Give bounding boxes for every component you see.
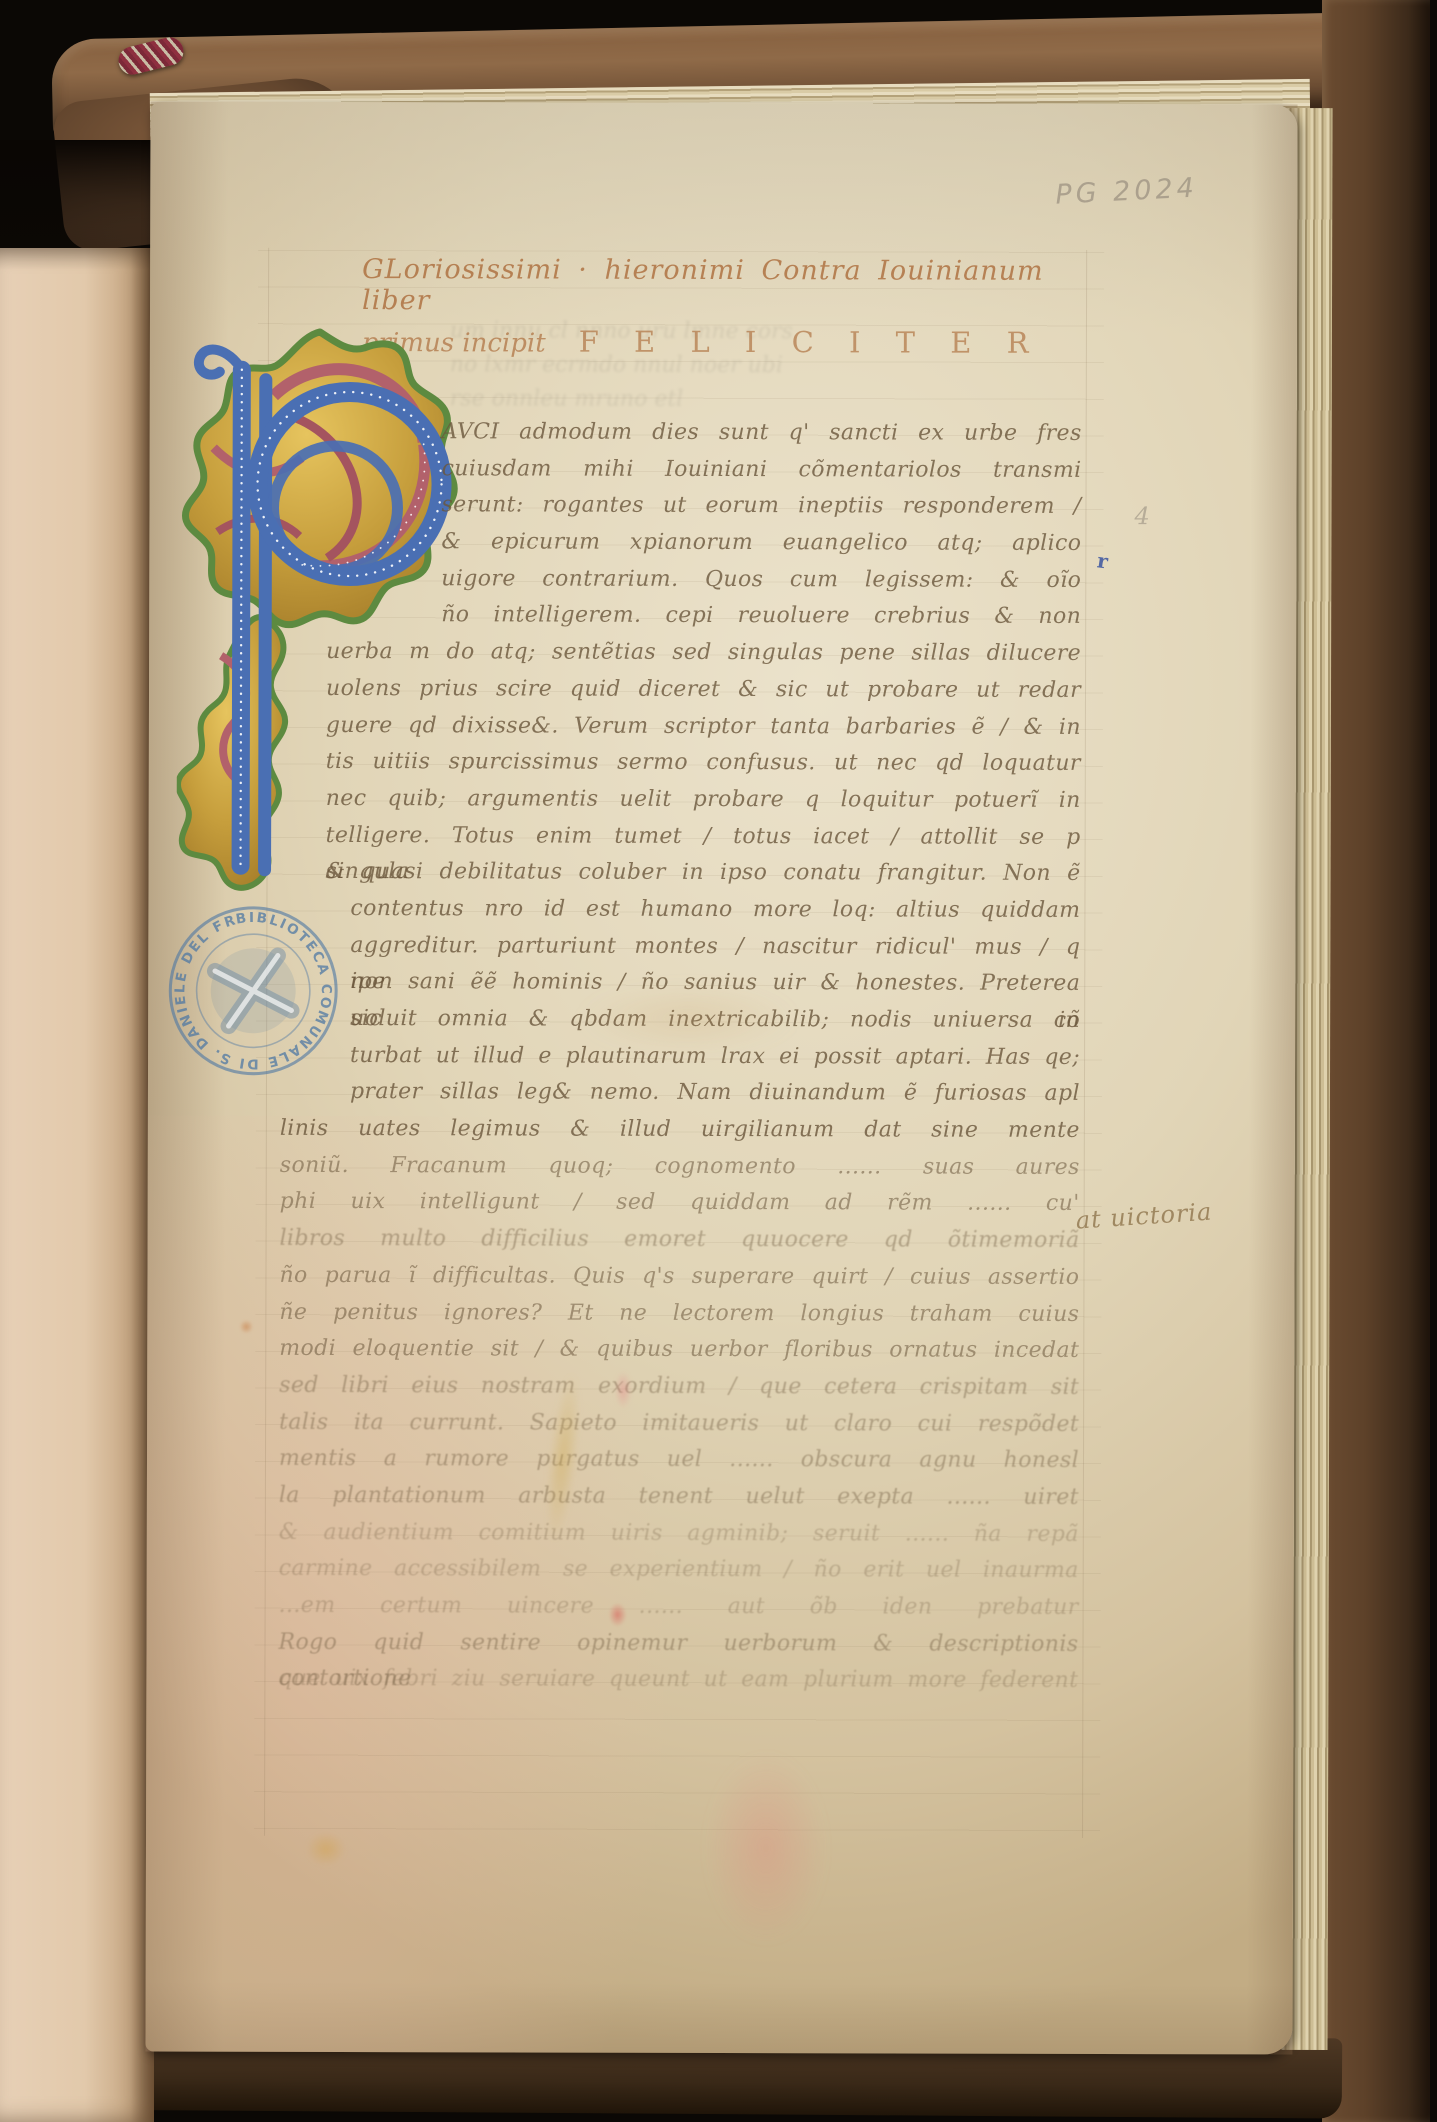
manuscript-photo: um innu cl nnno uru lmne cors no lxmr ec…: [0, 0, 1437, 2122]
text-line: guere qd dixisse&. Verum scriptor tanta …: [326, 707, 1081, 746]
text-line: linis uates legimus & illud uirgilianum …: [280, 1111, 1080, 1150]
text-line: mentis a rumore purgatus uel ...... obsc…: [279, 1441, 1079, 1480]
text-line: sed libri eius nostram exordium / que ce…: [279, 1368, 1079, 1407]
text-line: aggreditur. parturiunt montes / nascitur…: [350, 928, 1080, 967]
parchment-page: um innu cl nnno uru lmne cors no lxmr ec…: [145, 102, 1297, 2055]
tan-smudge: [578, 983, 798, 1054]
text-line: carmine accessibilem se experientium / ñ…: [279, 1551, 1079, 1590]
text-line: tis uitiis spurcissimus sermo confusus. …: [326, 744, 1081, 783]
text-line: uigore contrarium. Quos cum legissem: & …: [441, 561, 1081, 599]
text-line: soniũ. Fracanum quoq; cognomento ...... …: [280, 1148, 1080, 1187]
text-line: AVCI admodum dies sunt q' sancti ex urbe…: [442, 414, 1082, 452]
text-line: prater sillas leg& nemo. Nam diuinandum …: [350, 1074, 1080, 1113]
rubric-line-1: GLoriosissimi · hieronimi Contra Iouinia…: [362, 254, 1062, 318]
text-line: phi uix intelligunt / sed quiddam ad rẽm…: [280, 1184, 1080, 1223]
yellow-stain: [306, 1832, 346, 1866]
pencil-margin-number: 4: [1134, 502, 1149, 530]
rubric-heading: GLoriosissimi · hieronimi Contra Iouinia…: [362, 254, 1062, 360]
text-line: & epicurum xpianorum euangelico atq; apl…: [441, 524, 1081, 562]
text-line: & audientium comitium uiris agminib; ser…: [279, 1514, 1079, 1553]
facing-page-edge: [0, 248, 154, 2122]
text-line: & quasi debilitatus coluber in ipso cona…: [325, 854, 1080, 893]
text-line: uerba m do atq; sentẽtias sed singulas p…: [326, 634, 1081, 673]
text-line: ño parua ĩ difficultas. Quis q's superar…: [279, 1258, 1079, 1297]
text-line: ñe penitus ignores? Et ne lectorem longi…: [279, 1294, 1079, 1333]
text-line: uolens prius scire quid diceret & sic ut…: [326, 671, 1081, 710]
blue-correction-mark: r: [1096, 548, 1110, 573]
text-line: que uix febri ziu seruiare queunt ut eam…: [278, 1661, 1078, 1700]
rubric-line-2: primus incipit F E L I C I T E R: [362, 324, 1062, 360]
red-stain-dot: [609, 1603, 627, 1627]
text-line: la plantationum arbusta tenent uelut exe…: [279, 1478, 1079, 1517]
text-line: libros multo difficilius emoret quuocere…: [280, 1221, 1080, 1260]
text-line: serunt: rogantes ut eorum ineptiis respo…: [441, 488, 1081, 526]
rubric-feliciter: F E L I C I T E R: [579, 325, 1042, 360]
text-line: Rogo quid sentire opinemur uerborum & de…: [278, 1625, 1078, 1664]
gutter-shadow: [0, 140, 160, 270]
text-line: ño intelligerem. cepi reuoluere crebrius…: [441, 598, 1081, 636]
text-line: nec quib; argumentis uelit probare q loq…: [326, 781, 1081, 820]
orange-stain-dot: [239, 1320, 253, 1334]
text-line: modi eloquentie sit / & quibus uerbor fl…: [279, 1331, 1079, 1370]
text-line: cuiusdam mihi Iouiniani cõmentariolos tr…: [442, 451, 1082, 489]
page-edge-shading: [1246, 104, 1297, 2054]
pink-stain: [706, 1753, 826, 1943]
text-line: talis ita currunt. Sapieto imitaueris ut…: [279, 1404, 1079, 1443]
text-line: telligere. Totus enim tumet / totus iace…: [326, 818, 1081, 857]
bleedthrough-line: rse onnleu mruno etl: [450, 382, 1070, 418]
small-pink-stain: [615, 1371, 631, 1409]
text-block: AVCI admodum dies sunt q' sancti ex urbe…: [268, 414, 1083, 1700]
book-cover-right-edge: [1322, 0, 1430, 2122]
text-line: ...em certum uincere ...... aut õb iden …: [279, 1588, 1079, 1627]
text-line: contentus nro id est humano more loq: al…: [350, 891, 1080, 930]
